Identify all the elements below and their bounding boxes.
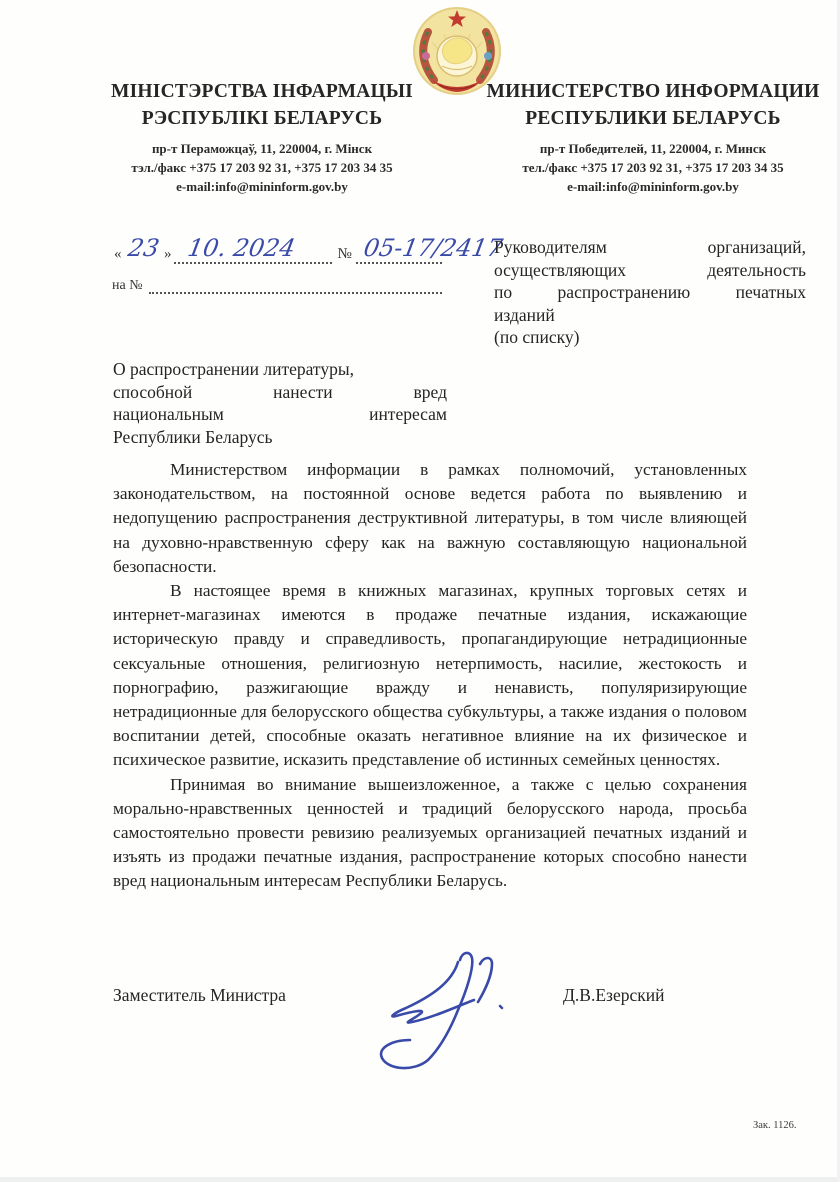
scan-edge-bottom <box>0 1177 840 1182</box>
org-address-ru: пр-т Победителей, 11, 220004, г. Минск <box>470 139 836 158</box>
org-phone-by: тэл./факс +375 17 203 92 31, +375 17 203… <box>66 158 458 177</box>
addressee-line: осуществляющих деятельность <box>494 259 806 282</box>
subject-line: Республики Беларусь <box>113 426 447 449</box>
addressee-line: изданий <box>494 304 806 327</box>
letter-page: МІНІСТЭРСТВА ІНФАРМАЦЫІ РЭСПУБЛІКІ БЕЛАР… <box>0 0 840 1182</box>
date-number-line: « 23 » 10. 2024 № 05-17/2417 <box>112 220 442 264</box>
handwritten-date: 10. 2024 <box>185 234 297 262</box>
number-dotted-line: 05-17/2417 <box>356 218 442 264</box>
org-phone-ru: тел./факс +375 17 203 92 31, +375 17 203… <box>470 158 836 177</box>
addressee-line: Руководителям организаций, <box>494 236 806 259</box>
reply-to-line: на № <box>112 268 442 294</box>
handwritten-day: 23 <box>121 236 164 264</box>
reply-dotted-line <box>149 266 442 294</box>
body-paragraph: Принимая во внимание вышеизложенное, а т… <box>113 773 747 894</box>
letterhead-belarusian: МІНІСТЭРСТВА ІНФАРМАЦЫІ РЭСПУБЛІКІ БЕЛАР… <box>66 78 458 196</box>
handwritten-number: 05-17/2417 <box>361 234 504 262</box>
org-email-by: e-mail:info@mininform.gov.by <box>66 177 458 196</box>
addressee-line: по распространению печатных <box>494 281 806 304</box>
org-title-ru-line1: МИНИСТЕРСТВО ИНФОРМАЦИИ <box>470 78 836 105</box>
letterhead-russian: МИНИСТЕРСТВО ИНФОРМАЦИИ РЕСПУБЛИКИ БЕЛАР… <box>470 78 836 196</box>
body-paragraph: В настоящее время в книжных магазинах, к… <box>113 579 747 773</box>
signer-name: Д.В.Езерский <box>563 985 664 1006</box>
subject-line: способной нанести вред <box>113 381 447 404</box>
close-quote: » <box>162 247 174 264</box>
org-title-by-line2: РЭСПУБЛІКІ БЕЛАРУСЬ <box>66 105 458 132</box>
body-paragraph: Министерством информации в рамках полном… <box>113 458 747 579</box>
org-title-ru-line2: РЕСПУБЛИКИ БЕЛАРУСЬ <box>470 105 836 132</box>
org-address-by: пр-т Пераможцаў, 11, 220004, г. Мінск <box>66 139 458 158</box>
reply-to-label: на № <box>112 278 143 294</box>
print-order-note: Зак. 1126. <box>753 1120 797 1131</box>
subject-line: О распространении литературы, <box>113 358 447 381</box>
reference-block: « 23 » 10. 2024 № 05-17/2417 на № <box>112 220 442 294</box>
addressee-line: (по списку) <box>494 326 806 349</box>
letter-body: Министерством информации в рамках полном… <box>113 458 747 894</box>
org-email-ru: e-mail:info@mininform.gov.by <box>470 177 836 196</box>
subject-line: национальным интересам <box>113 403 447 426</box>
date-dotted-line: 10. 2024 <box>174 218 332 264</box>
org-title-by-line1: МІНІСТЭРСТВА ІНФАРМАЦЫІ <box>66 78 458 105</box>
subject-block: О распространении литературы, способной … <box>113 358 447 448</box>
number-sign: № <box>332 247 356 264</box>
signer-position: Заместитель Министра <box>113 985 286 1006</box>
handwritten-signature-icon <box>362 948 517 1078</box>
addressee-block: Руководителям организаций, осуществляющи… <box>494 236 806 349</box>
